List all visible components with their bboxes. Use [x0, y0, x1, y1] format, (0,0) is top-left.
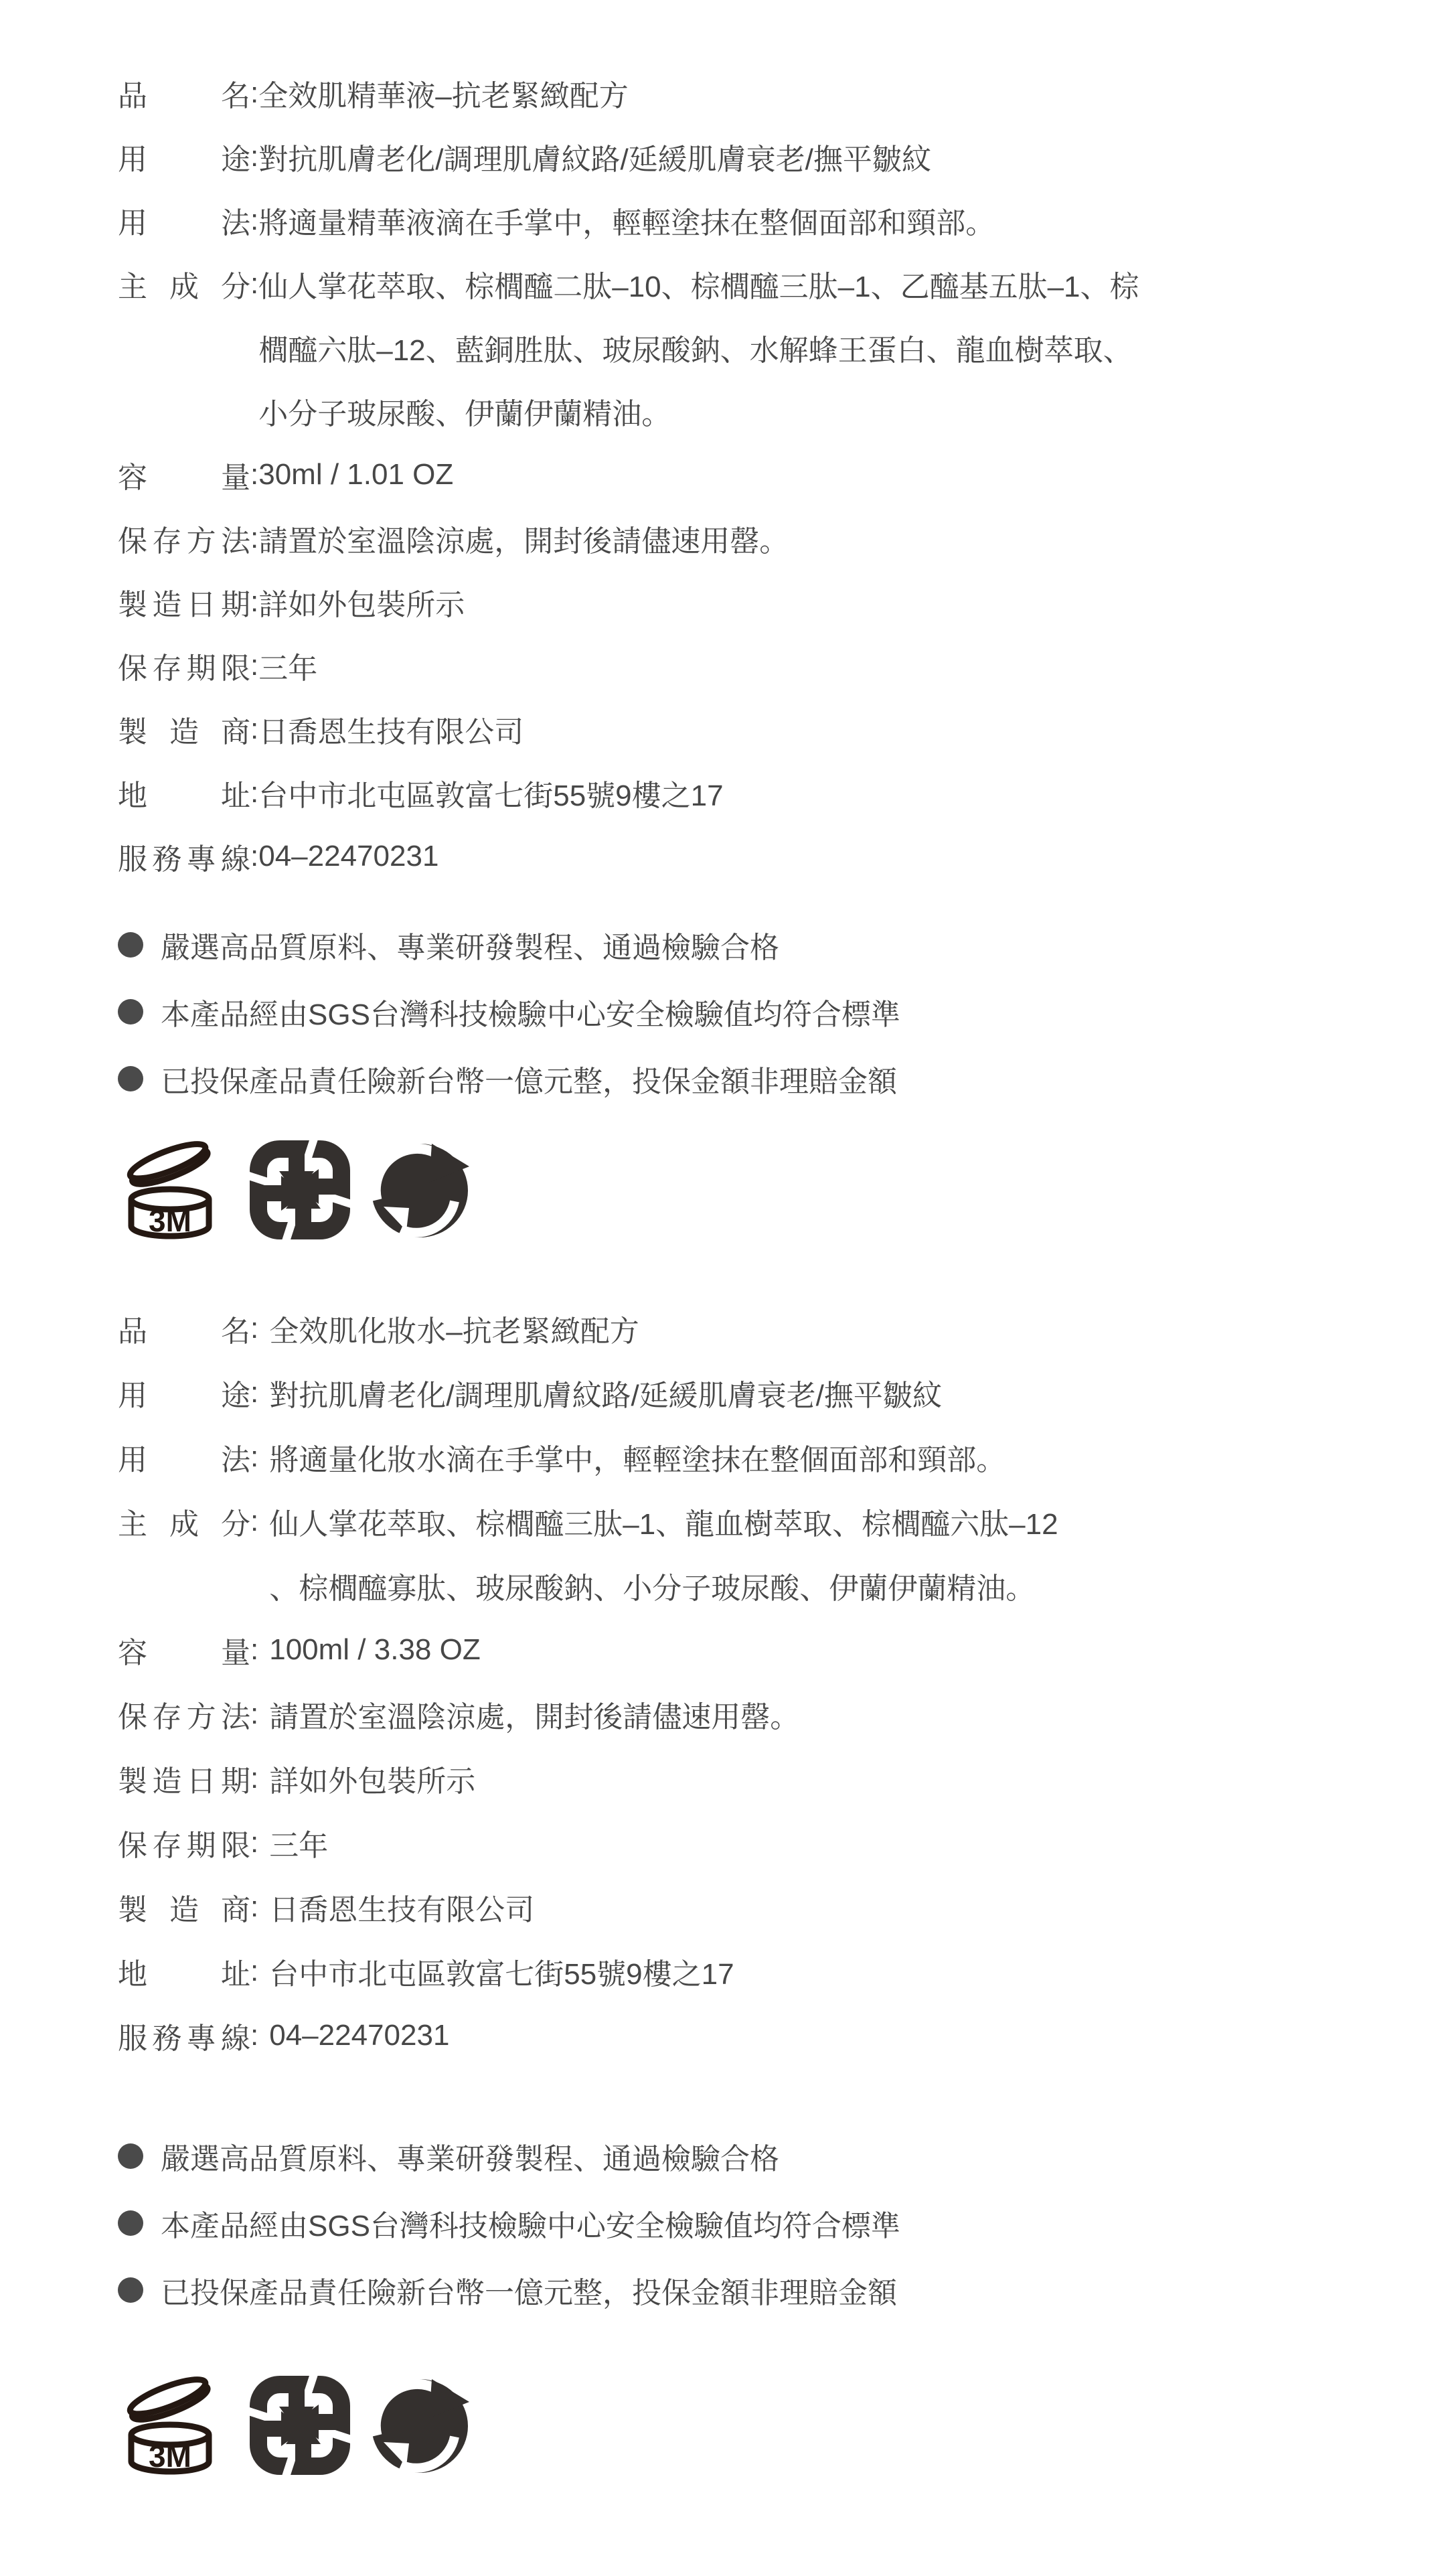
field-label-char: 名	[221, 1307, 250, 1350]
field-row: 用法:將適量化妝水滴在手掌中，輕輕塗抹在整個面部和頸部。	[118, 1425, 1406, 1489]
field-label-char: 法	[221, 517, 250, 560]
field-row: 保存方法:請置於室溫陰涼處，開封後請儘速用罄。	[118, 506, 1406, 570]
field-label-char: 限	[221, 644, 250, 687]
field-label-char: 服	[118, 2014, 147, 2057]
field-label-char: 日	[187, 581, 216, 623]
field-row: 製造商:日喬恩生技有限公司	[118, 697, 1406, 761]
field-label-char: 址	[221, 771, 250, 814]
field-label-char: 務	[152, 835, 181, 878]
field-label-char: 方	[187, 517, 216, 560]
bullet-dot-icon	[118, 2210, 143, 2236]
field-label: 服務專線	[118, 2014, 250, 2057]
claim-item: 嚴選高品質原料、專業研發製程、通過檢驗合格	[118, 911, 1406, 978]
claim-item: 嚴選高品質原料、專業研發製程、通過檢驗合格	[118, 2123, 1406, 2190]
field-label-char: 成	[169, 262, 199, 305]
recycling-icon	[250, 1140, 350, 1239]
field-label-char: 用	[118, 135, 147, 178]
claim-item: 已投保產品責任險新台幣一億元整，投保金額非理賠金額	[118, 2257, 1406, 2324]
field-value-line: 請置於室溫陰涼處，開封後請儘速用罄。	[258, 506, 789, 570]
field-colon: :	[250, 585, 258, 619]
field-label-char: 方	[187, 1693, 216, 1736]
field-label-char: 成	[169, 1500, 199, 1543]
field-value-line: 台中市北屯區敦富七街55號9樓之17	[258, 761, 723, 824]
field-label-char: 地	[118, 1950, 147, 1993]
product-block-1: 品名:全效肌精華液–抗老緊緻配方用途:對抗肌膚老化/調理肌膚紋路/延緩肌膚衰老/…	[118, 61, 1406, 1239]
field-label-char: 分	[221, 1500, 250, 1543]
field-value-line: 100ml / 3.38 OZ	[269, 1618, 480, 1682]
field-row: 製造日期:詳如外包裝所示	[118, 570, 1406, 633]
field-label: 保存方法	[118, 1693, 250, 1736]
field-label-char: 製	[118, 1886, 147, 1928]
field-value-line: 將適量化妝水滴在手掌中，輕輕塗抹在整個面部和頸部。	[269, 1425, 1006, 1489]
field-label-char: 線	[221, 2014, 250, 2057]
field-row: 主成分:仙人掌花萃取、棕櫚醯二肽–10、棕櫚醯三肽–1、乙醯基五肽–1、棕櫚醯六…	[118, 252, 1406, 443]
field-label-char: 製	[118, 708, 147, 751]
field-colon: :	[250, 840, 258, 873]
field-label-char: 存	[152, 517, 181, 560]
field-label: 用途	[118, 135, 250, 178]
bullet-dot-icon	[118, 932, 143, 958]
field-label: 服務專線	[118, 835, 250, 878]
field-label: 製造商	[118, 708, 250, 751]
field-label-char: 造	[152, 1757, 181, 1800]
field-value-line: 詳如外包裝所示	[258, 570, 465, 633]
field-colon: :	[250, 1955, 258, 1988]
field-value-line: 詳如外包裝所示	[269, 1746, 475, 1811]
field-value-line: 仙人掌花萃取、棕櫚醯二肽–10、棕櫚醯三肽–1、乙醯基五肽–1、棕	[258, 252, 1139, 315]
period-after-opening-icon: 3M	[118, 1137, 224, 1239]
pao-duration-label: 3M	[149, 2439, 191, 2474]
field-label-char: 期	[187, 644, 216, 687]
field-colon: :	[250, 204, 258, 237]
field-label-char: 主	[118, 262, 147, 305]
bullet-dot-icon	[118, 2143, 143, 2169]
field-label-char: 日	[187, 1757, 216, 1800]
field-value-line: 對抗肌膚老化/調理肌膚紋路/延緩肌膚衰老/撫平皺紋	[258, 125, 931, 188]
bullet-dot-icon	[118, 999, 143, 1025]
field-label-char: 分	[221, 262, 250, 305]
field-label-char: 保	[118, 1693, 147, 1736]
field-row: 用途:對抗肌膚老化/調理肌膚紋路/延緩肌膚衰老/撫平皺紋	[118, 1361, 1406, 1425]
field-value-line: 小分子玻尿酸、伊蘭伊蘭精油。	[258, 379, 1139, 443]
field-colon: :	[250, 1826, 258, 1860]
field-label-char: 務	[152, 2014, 181, 2057]
product-label-document: 品名:全效肌精華液–抗老緊緻配方用途:對抗肌膚老化/調理肌膚紋路/延緩肌膚衰老/…	[0, 0, 1446, 2475]
field-label-char: 保	[118, 517, 147, 560]
field-value-line: 30ml / 1.01 OZ	[258, 443, 453, 506]
field-colon: :	[250, 76, 258, 110]
field-label-char: 容	[118, 453, 147, 496]
field-label-char: 法	[221, 199, 250, 242]
field-row: 保存期限:三年	[118, 1811, 1406, 1875]
period-after-opening-icon: 3M	[118, 2372, 224, 2475]
field-colon: :	[250, 140, 258, 173]
field-value-line: 三年	[258, 633, 317, 697]
field-label: 製造商	[118, 1886, 250, 1928]
field-value-line: 將適量精華液滴在手掌中，輕輕塗抹在整個面部和頸部。	[258, 188, 995, 252]
field-label-char: 量	[221, 453, 250, 496]
field-label-char: 名	[221, 72, 250, 115]
claim-text: 本產品經由SGS台灣科技檢驗中心安全檢驗值均符合標準	[161, 2202, 900, 2245]
field-label-char: 品	[118, 1307, 147, 1350]
field-row: 保存方法:請置於室溫陰涼處，開封後請儘速用罄。	[118, 1682, 1406, 1746]
field-label: 用法	[118, 199, 250, 242]
field-label-char: 途	[221, 135, 250, 178]
field-label: 容量	[118, 1628, 250, 1671]
field-label-char: 存	[152, 1693, 181, 1736]
field-colon: :	[250, 776, 258, 810]
field-label-char: 地	[118, 771, 147, 814]
claim-text: 已投保產品責任險新台幣一億元整，投保金額非理賠金額	[161, 2269, 897, 2312]
claim-text: 嚴選高品質原料、專業研發製程、通過檢驗合格	[161, 923, 779, 966]
field-value-line: 櫚醯六肽–12、藍銅胜肽、玻尿酸鈉、水解蜂王蛋白、龍血樹萃取、	[258, 315, 1139, 379]
field-label-char: 法	[221, 1693, 250, 1736]
field-label: 地址	[118, 1950, 250, 1993]
field-row: 容量:100ml / 3.38 OZ	[118, 1618, 1406, 1682]
field-label-char: 線	[221, 835, 250, 878]
field-colon: :	[250, 1440, 258, 1474]
claim-item: 已投保產品責任險新台幣一億元整，投保金額非理賠金額	[118, 1045, 1406, 1112]
symbol-row: 3M	[118, 1137, 1406, 1239]
field-colon: :	[250, 1633, 258, 1667]
field-value-line: 台中市北屯區敦富七街55號9樓之17	[269, 1939, 734, 2003]
field-row: 製造商:日喬恩生技有限公司	[118, 1875, 1406, 1939]
bullet-dot-icon	[118, 1066, 143, 1091]
field-label-char: 量	[221, 1628, 250, 1671]
field-label-char: 存	[152, 644, 181, 687]
field-value-line: 仙人掌花萃取、棕櫚醯三肽–1、龍血樹萃取、棕櫚醯六肽–12	[269, 1489, 1058, 1554]
field-label-char: 造	[169, 1886, 199, 1928]
field-row: 品名:全效肌化妝水–抗老緊緻配方	[118, 1296, 1406, 1361]
field-label: 品名	[118, 1307, 250, 1350]
field-label-char: 商	[221, 708, 250, 751]
field-value-line: 04–22470231	[269, 2003, 449, 2068]
field-row: 主成分:仙人掌花萃取、棕櫚醯三肽–1、龍血樹萃取、棕櫚醯六肽–12、棕櫚醯寡肽、…	[118, 1489, 1406, 1618]
field-label-char: 服	[118, 835, 147, 878]
field-row: 容量:30ml / 1.01 OZ	[118, 443, 1406, 506]
field-colon: :	[250, 522, 258, 555]
field-label-char: 期	[221, 581, 250, 623]
field-label-char: 址	[221, 1950, 250, 1993]
field-value-line: 三年	[269, 1811, 328, 1875]
field-row: 地址:台中市北屯區敦富七街55號9樓之17	[118, 1939, 1406, 2003]
field-colon: :	[250, 1762, 258, 1795]
field-label-char: 容	[118, 1628, 147, 1671]
field-label: 保存期限	[118, 1821, 250, 1864]
field-colon: :	[250, 1312, 258, 1345]
field-row: 服務專線:04–22470231	[118, 824, 1406, 888]
field-row: 品名:全效肌精華液–抗老緊緻配方	[118, 61, 1406, 125]
field-value-line: 請置於室溫陰涼處，開封後請儘速用罄。	[269, 1682, 799, 1746]
field-colon: :	[250, 267, 258, 301]
field-label-char: 用	[118, 199, 147, 242]
field-label-char: 用	[118, 1371, 147, 1414]
claims-list: 嚴選高品質原料、專業研發製程、通過檢驗合格本產品經由SGS台灣科技檢驗中心安全檢…	[118, 2123, 1406, 2324]
field-row: 用法:將適量精華液滴在手掌中，輕輕塗抹在整個面部和頸部。	[118, 188, 1406, 252]
field-label-char: 商	[221, 1886, 250, 1928]
recycling-icon	[250, 2376, 350, 2475]
field-row: 服務專線:04–22470231	[118, 2003, 1406, 2068]
claim-text: 本產品經由SGS台灣科技檢驗中心安全檢驗值均符合標準	[161, 990, 900, 1033]
green-dot-icon	[369, 2378, 471, 2475]
field-colon: :	[250, 1890, 258, 1924]
field-value-line: 全效肌化妝水–抗老緊緻配方	[269, 1296, 639, 1361]
field-value-line: 對抗肌膚老化/調理肌膚紋路/延緩肌膚衰老/撫平皺紋	[269, 1361, 942, 1425]
field-row: 製造日期:詳如外包裝所示	[118, 1746, 1406, 1811]
field-colon: :	[250, 1505, 258, 1538]
field-row: 地址:台中市北屯區敦富七街55號9樓之17	[118, 761, 1406, 824]
field-colon: :	[250, 458, 258, 491]
bullet-dot-icon	[118, 2277, 143, 2303]
field-label-char: 造	[169, 708, 199, 751]
field-value-line: 全效肌精華液–抗老緊緻配方	[258, 61, 628, 125]
claim-text: 嚴選高品質原料、專業研發製程、通過檢驗合格	[161, 2135, 779, 2178]
field-label: 容量	[118, 453, 250, 496]
field-colon: :	[250, 2019, 258, 2052]
field-label-char: 專	[187, 2014, 216, 2057]
claim-item: 本產品經由SGS台灣科技檢驗中心安全檢驗值均符合標準	[118, 2190, 1406, 2257]
field-label-char: 製	[118, 1757, 147, 1800]
field-colon: :	[250, 649, 258, 682]
field-label-char: 法	[221, 1436, 250, 1479]
field-label-char: 品	[118, 72, 147, 115]
field-value-line: 04–22470231	[258, 824, 438, 888]
field-value-line: 、棕櫚醯寡肽、玻尿酸鈉、小分子玻尿酸、伊蘭伊蘭精油。	[269, 1554, 1058, 1618]
field-label-char: 造	[152, 581, 181, 623]
field-label: 製造日期	[118, 1757, 250, 1800]
claim-text: 已投保產品責任險新台幣一億元整，投保金額非理賠金額	[161, 1057, 897, 1100]
claims-list: 嚴選高品質原料、專業研發製程、通過檢驗合格本產品經由SGS台灣科技檢驗中心安全檢…	[118, 911, 1406, 1112]
field-label: 品名	[118, 72, 250, 115]
symbol-row: 3M	[118, 2372, 1406, 2475]
product-block-2: 品名:全效肌化妝水–抗老緊緻配方用途:對抗肌膚老化/調理肌膚紋路/延緩肌膚衰老/…	[118, 1296, 1406, 2475]
field-label: 保存方法	[118, 517, 250, 560]
field-label-char: 途	[221, 1371, 250, 1414]
field-label: 用途	[118, 1371, 250, 1414]
field-row: 用途:對抗肌膚老化/調理肌膚紋路/延緩肌膚衰老/撫平皺紋	[118, 125, 1406, 188]
field-label-char: 專	[187, 835, 216, 878]
field-label-char: 製	[118, 581, 147, 623]
field-colon: :	[250, 1697, 258, 1731]
field-label-char: 保	[118, 644, 147, 687]
field-label: 地址	[118, 771, 250, 814]
field-label-char: 主	[118, 1500, 147, 1543]
field-label: 主成分	[118, 1500, 250, 1543]
field-label-char: 限	[221, 1821, 250, 1864]
field-colon: :	[250, 1376, 258, 1410]
field-colon: :	[250, 712, 258, 746]
field-label-char: 期	[187, 1821, 216, 1864]
field-label-char: 存	[152, 1821, 181, 1864]
pao-duration-label: 3M	[149, 1203, 191, 1238]
field-label: 製造日期	[118, 581, 250, 623]
green-dot-icon	[369, 1142, 471, 1239]
field-value-line: 日喬恩生技有限公司	[258, 697, 524, 761]
field-label-char: 用	[118, 1436, 147, 1479]
field-label: 用法	[118, 1436, 250, 1479]
field-value-line: 日喬恩生技有限公司	[269, 1875, 534, 1939]
field-label: 保存期限	[118, 644, 250, 687]
claim-item: 本產品經由SGS台灣科技檢驗中心安全檢驗值均符合標準	[118, 978, 1406, 1045]
field-row: 保存期限:三年	[118, 633, 1406, 697]
field-label: 主成分	[118, 262, 250, 305]
field-label-char: 期	[221, 1757, 250, 1800]
field-label-char: 保	[118, 1821, 147, 1864]
